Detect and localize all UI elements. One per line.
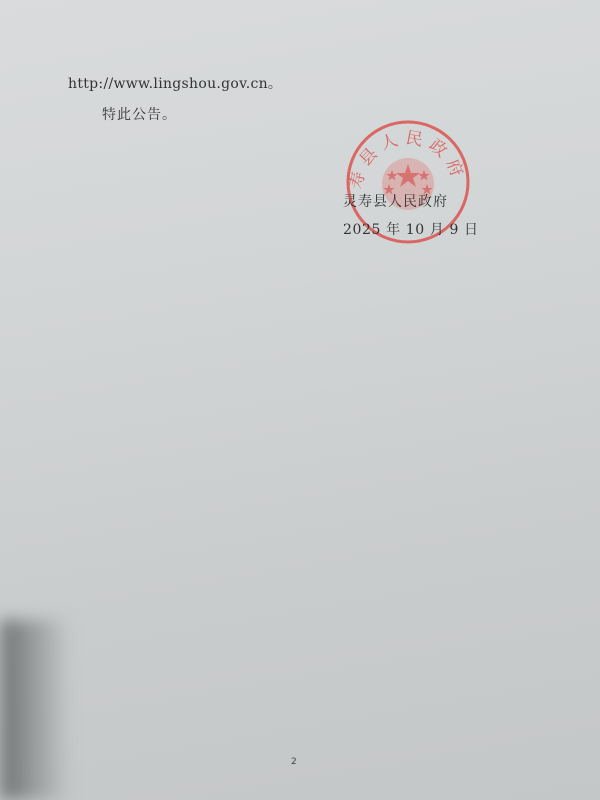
page-number: 2 xyxy=(291,757,297,767)
issuing-authority: 灵寿县人民政府 xyxy=(343,191,448,211)
closing-statement: 特此公告。 xyxy=(102,104,177,124)
issue-date: 2025 年 10 月 9 日 xyxy=(343,219,479,239)
website-url: http://www.lingshou.gov.cn。 xyxy=(68,73,282,93)
hand-shadow xyxy=(0,620,70,800)
